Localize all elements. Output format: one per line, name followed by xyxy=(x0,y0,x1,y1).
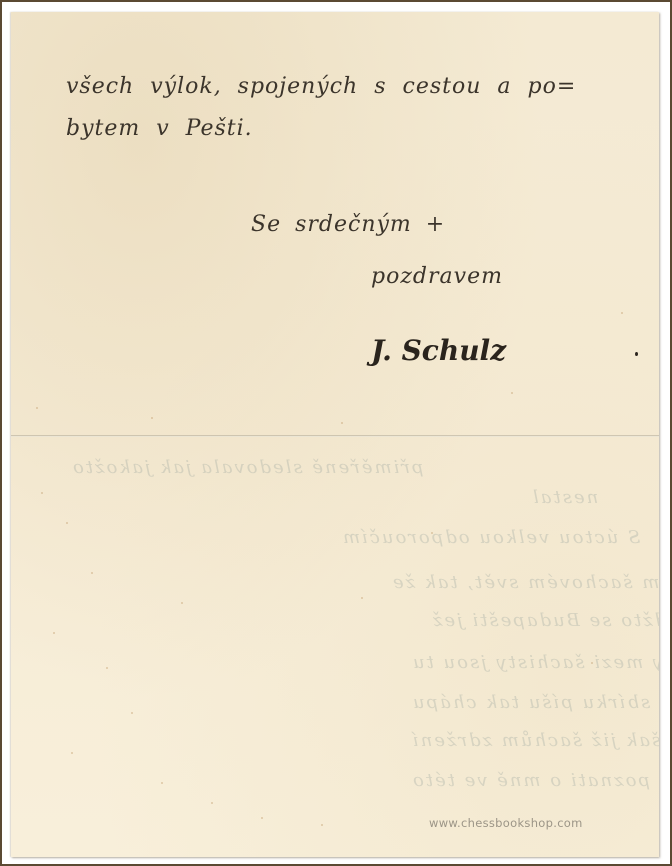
paper-speck xyxy=(41,492,43,494)
paper-speck xyxy=(161,782,163,784)
paper-speck xyxy=(36,407,38,409)
paper-speck xyxy=(91,572,93,574)
bleed-through-text: a však již šachům zdržení xyxy=(411,730,659,751)
paper-speck xyxy=(181,602,183,604)
paper-speck xyxy=(211,802,213,804)
paper-speck xyxy=(131,712,133,714)
bleed-through-text: Toby zadžto se Budapešti jež xyxy=(431,610,659,631)
bleed-through-text: Schůzky mezi šachisty jsou tu xyxy=(411,652,659,673)
paper-speck xyxy=(151,417,153,419)
watermark: www.chessbookshop.com xyxy=(429,816,583,830)
letter-closing-line: Se srdečným + xyxy=(251,212,445,237)
paper-speck xyxy=(66,522,68,524)
paper-speck xyxy=(621,312,623,314)
paper-speck xyxy=(261,817,263,819)
signature: J. Schulz xyxy=(371,334,506,367)
bleed-through-text: přiměřeně sledovala jak jakožto xyxy=(71,457,424,478)
paper-speck xyxy=(361,597,363,599)
letter-closing-line: pozdravem xyxy=(371,264,503,289)
fold-crease xyxy=(11,435,659,437)
paper-speck xyxy=(71,752,73,754)
bleed-through-text: v celém šachovém svět, tak že xyxy=(391,572,659,593)
paper-speck xyxy=(53,632,55,634)
letter-body-line: bytem v Pešti. xyxy=(66,116,253,141)
paper-speck xyxy=(511,392,513,394)
paper-speck xyxy=(341,422,343,424)
bleed-through-text: poznati o mně ve této xyxy=(411,770,650,791)
signature-dot xyxy=(635,352,638,356)
paper-speck xyxy=(321,824,323,826)
bleed-through-text: S úctou velkou odporoučím xyxy=(341,527,640,548)
letter-page: přiměřeně sledovala jak jakožto nestal S… xyxy=(11,12,659,857)
letter-body-line: všech výlok, spojených s cestou a po= xyxy=(66,74,576,99)
paper-speck xyxy=(106,667,108,669)
bleed-through-text: jejichž sbírku píšu tak chápu xyxy=(411,692,659,713)
bleed-through-text: nestal xyxy=(531,487,598,508)
